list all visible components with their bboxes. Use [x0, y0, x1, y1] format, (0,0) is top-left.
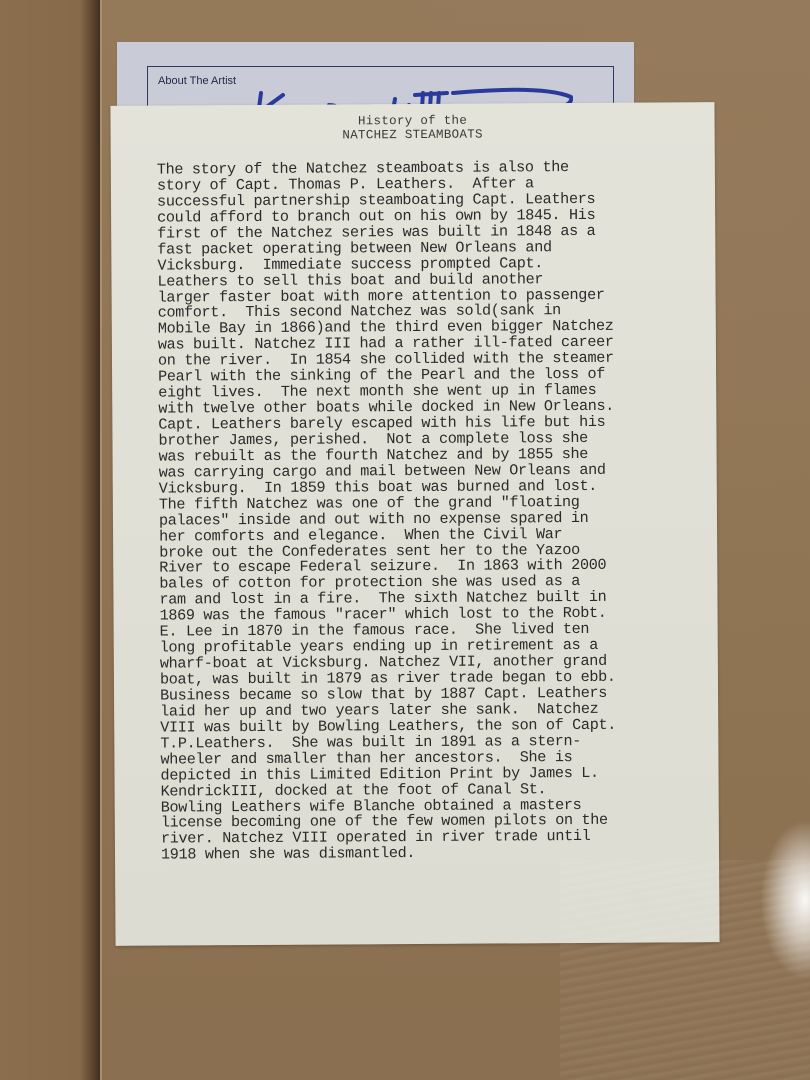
title-line-1: History of the: [358, 114, 467, 129]
history-document-page: History of the NATCHEZ STEAMBOATS The st…: [110, 102, 719, 946]
left-cardboard-edge: [0, 0, 100, 1080]
title-line-2: NATCHEZ STEAMBOATS: [342, 128, 483, 143]
document-line: 1918 when she was dismantled.: [161, 844, 721, 863]
artist-card-label: About The Artist: [158, 75, 236, 87]
document-title: History of the NATCHEZ STEAMBOATS: [111, 112, 715, 144]
document-body: The story of the Natchez steamboats is a…: [157, 159, 721, 864]
